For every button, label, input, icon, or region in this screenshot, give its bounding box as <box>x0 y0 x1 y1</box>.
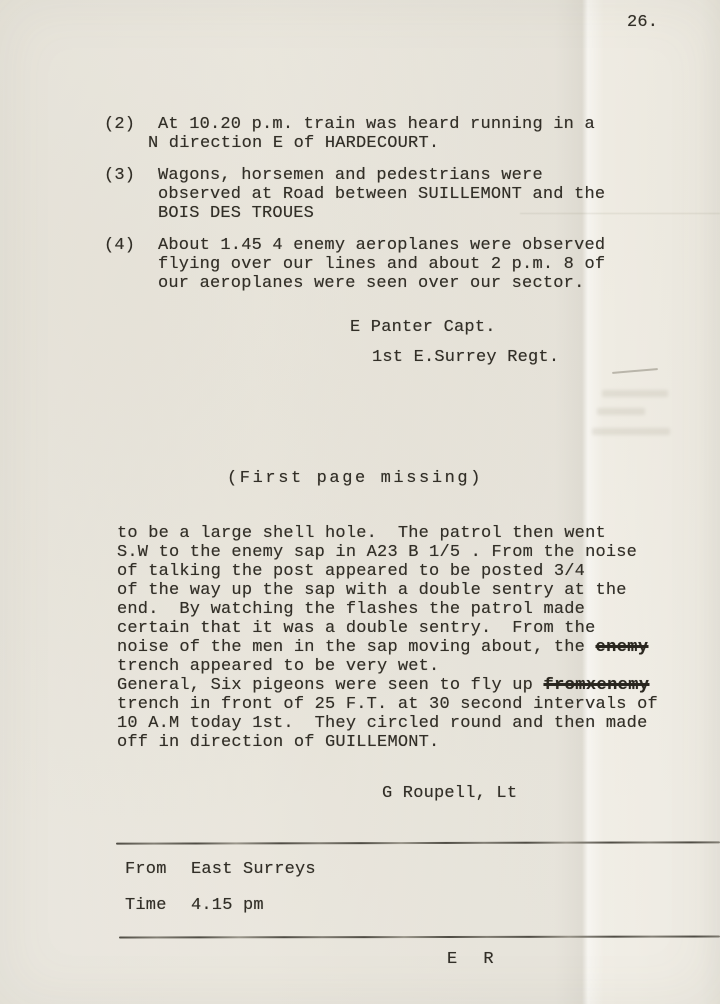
text-line: About 1.45 4 enemy aeroplanes were obser… <box>158 236 605 255</box>
text-line: N direction E of HARDECOURT. <box>148 134 595 153</box>
time-value: 4.15 pm <box>191 896 264 915</box>
ink-bleed-smudge <box>592 428 670 435</box>
time-row: Time 4.15 pm <box>125 896 264 915</box>
ink-bleed-smudge <box>602 390 668 397</box>
text-line: of talking the post appeared to be poste… <box>117 562 658 581</box>
item-number: (4) <box>104 236 158 293</box>
text-line: our aeroplanes were seen over our sector… <box>158 274 605 293</box>
text-line: of the way up the sap with a double sent… <box>117 581 658 600</box>
text-line: S.W to the enemy sap in A23 B 1/5 . From… <box>117 543 658 562</box>
list-item: (3) Wagons, horsemen and pedestrians wer… <box>104 166 605 223</box>
text-line: General, Six pigeons were seen to fly up… <box>117 676 658 695</box>
ink-bleed-smudge <box>597 408 645 415</box>
pen-mark <box>612 368 658 374</box>
from-row: From East Surreys <box>125 860 316 879</box>
text-line: 10 A.M today 1st. They circled round and… <box>117 714 658 733</box>
text-line: trench in front of 25 F.T. at 30 second … <box>117 695 658 714</box>
time-label: Time <box>125 896 191 915</box>
paper-crease <box>520 213 720 214</box>
text-line: At 10.20 p.m. train was heard running in… <box>158 115 595 134</box>
text-line: end. By watching the flashes the patrol … <box>117 600 658 619</box>
initials: E R <box>447 950 502 969</box>
list-item: (2) At 10.20 p.m. train was heard runnin… <box>104 115 605 153</box>
text-line: trench appeared to be very wet. <box>117 657 658 676</box>
text-line: off in direction of GUILLEMONT. <box>117 733 658 752</box>
horizontal-rule <box>116 841 720 845</box>
signature-block: E Panter Capt. 1st E.Surrey Regt. <box>350 318 559 367</box>
text-line: Wagons, horsemen and pedestrians were <box>158 166 605 185</box>
text-line: observed at Road between SUILLEMONT and … <box>158 185 605 204</box>
text-line: noise of the men in the sap moving about… <box>117 638 658 657</box>
item-text: Wagons, horsemen and pedestrians were ob… <box>158 166 605 223</box>
signature-name: E Panter Capt. <box>350 318 559 337</box>
text-line: certain that it was a double sentry. Fro… <box>117 619 658 638</box>
document-page: 26. (2) At 10.20 p.m. train was heard ru… <box>0 0 720 1004</box>
missing-page-note: (First page missing) <box>227 469 483 488</box>
from-label: From <box>125 860 191 879</box>
struck-out-text: fromxenemy <box>543 676 649 695</box>
text-segment: General, Six pigeons were seen to fly up <box>117 676 543 695</box>
list-item: (4) About 1.45 4 enemy aeroplanes were o… <box>104 236 605 293</box>
item-number: (3) <box>104 166 158 223</box>
item-text: At 10.20 p.m. train was heard running in… <box>158 115 595 153</box>
horizontal-rule <box>119 935 720 938</box>
struck-out-text: enemy <box>595 638 648 657</box>
text-segment: noise of the men in the sap moving about… <box>117 638 595 657</box>
signature-unit: 1st E.Surrey Regt. <box>372 348 559 367</box>
item-text: About 1.45 4 enemy aeroplanes were obser… <box>158 236 605 293</box>
patrol-report: to be a large shell hole. The patrol the… <box>117 524 658 752</box>
text-line: flying over our lines and about 2 p.m. 8… <box>158 255 605 274</box>
page-number: 26. <box>627 13 658 32</box>
observation-list: (2) At 10.20 p.m. train was heard runnin… <box>104 115 605 306</box>
signature-roupell: G Roupell, Lt <box>382 784 517 803</box>
text-line: to be a large shell hole. The patrol the… <box>117 524 658 543</box>
from-value: East Surreys <box>191 860 316 879</box>
